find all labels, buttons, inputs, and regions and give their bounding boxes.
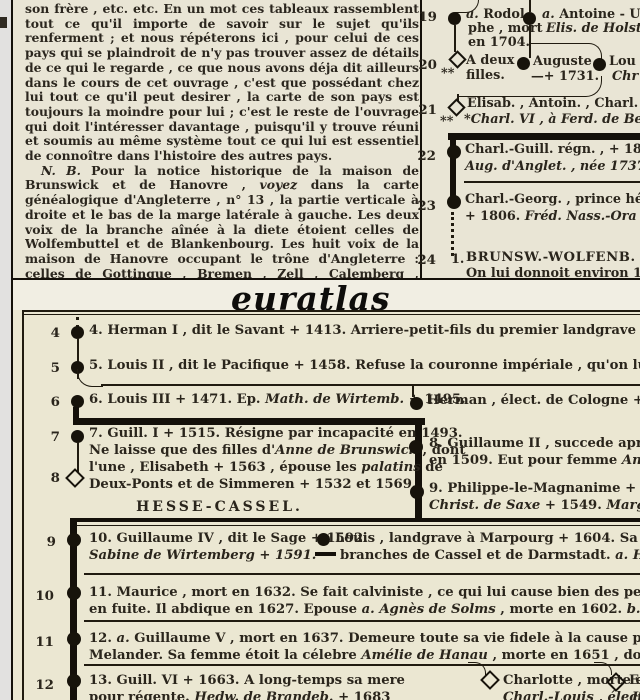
vote-number-23: 23 xyxy=(406,198,436,214)
gen-9-line2: Christ. de Saxe + 1549. Marg xyxy=(429,498,640,514)
generation-separator xyxy=(101,384,640,386)
row-12-col3-line1: En xyxy=(629,673,640,689)
marriage-stars: ** xyxy=(441,66,454,82)
row-10-line2: en fuite. Il abdique en 1627. Epouse a. … xyxy=(89,602,640,618)
entry-text: Charl. VI , à Ferd. de Beve xyxy=(471,112,640,127)
descent-node-10 xyxy=(67,586,81,600)
gen-8-line2: en 1509. Eut pour femme Ann xyxy=(429,453,640,469)
table-top-rule-inner xyxy=(22,314,640,316)
descent-node-12 xyxy=(67,674,81,688)
vote-number-6: 6 xyxy=(30,394,60,410)
row-9-right-line2: branches de Cassel et de Darmstadt. a. H… xyxy=(340,548,640,564)
descent-node-19 xyxy=(448,12,461,25)
marriage-star: * xyxy=(464,112,471,127)
entry-text: + 1549. xyxy=(540,498,606,513)
spouse-name: Anne de Brunswick xyxy=(275,443,418,458)
descent-node-louis xyxy=(593,58,606,71)
vote-number-11: 11 xyxy=(24,634,54,650)
branch-dash xyxy=(315,552,336,556)
descent-line xyxy=(454,25,456,52)
descent-node-g9 xyxy=(410,485,424,499)
generation-separator xyxy=(84,573,640,575)
nb-text-2: dans la carte généalogique d'Angleterre … xyxy=(25,177,419,278)
intro-paragraph-text: son frère , etc. etc. En un mot ces tabl… xyxy=(25,2,419,163)
entry-20-line1: A deux xyxy=(466,53,514,69)
entry-text: Melander. Sa femme étoit la célebre xyxy=(89,648,361,663)
row-7-line4: Deux-Ponts et de Simmeren + 1532 et 1569… xyxy=(89,477,417,493)
entry-22-line1: Charl.-Guill. régn. , + 1806 xyxy=(465,142,640,158)
entry-auguste-line1: Auguste xyxy=(533,54,592,70)
entry-louis-line2: Chr xyxy=(612,69,638,85)
descent-line xyxy=(77,442,79,472)
vote-number-5: 5 xyxy=(30,360,60,376)
entry-21-line1: Elisab. , Antoin. , Charl. M xyxy=(467,96,640,112)
entry-24-line1: BRUNSW.-WOLFENB. . xyxy=(466,250,640,266)
vote-number-4: 4 xyxy=(30,325,60,341)
entry-23-line2: + 1806. Fréd. Nass.-Ora xyxy=(465,209,637,225)
table-top-rule-outer xyxy=(22,310,640,312)
vote-number-12: 12 xyxy=(24,677,54,693)
spouse-name: Fréd. Nass.-Ora xyxy=(525,209,637,224)
vote-number-20: 20 xyxy=(407,57,437,73)
entry-21-line2: *Charl. VI , à Ferd. de Beve xyxy=(464,112,640,128)
marriage-letter: a. xyxy=(542,7,559,22)
entry-text: Ne laisse que des filles d' xyxy=(89,443,275,458)
entry-22-line2: Aug. d'Anglet. , née 1737 xyxy=(465,159,640,175)
intro-text-block: son frère , etc. etc. En un mot ces tabl… xyxy=(25,2,419,278)
entry-text: Guillaume V , mort en 1637. Demeure tout… xyxy=(130,631,640,646)
entry-text: + 1806. xyxy=(465,209,525,224)
entry-louis-line1: Lou xyxy=(609,54,636,70)
vote-number-7: 7 xyxy=(30,429,60,445)
spouse-name: a. Hedwi xyxy=(615,548,640,563)
row-12-line1: 13. Guill. VI + 1663. A long-temps sa me… xyxy=(89,673,405,689)
row-11-line1: 12. a. Guillaume V , mort en 1637. Demeu… xyxy=(89,631,640,647)
marriage-letter: a. xyxy=(466,7,483,22)
entry-24-line2: On lui donnoit environ 1 xyxy=(466,266,640,282)
marriage-letter: a. xyxy=(117,631,130,646)
watermark: euratlas xyxy=(231,279,391,318)
descent-bar-horizontal xyxy=(448,133,640,140)
generation-separator xyxy=(84,620,640,622)
descent-node-11 xyxy=(67,632,81,646)
descent-node-9 xyxy=(67,533,81,547)
nb-label: N. B. xyxy=(41,163,81,178)
row-6-text: 6. Louis III + 1471. Ep. Math. de Wirtem… xyxy=(89,392,466,408)
uncertain-descent-dotted-line xyxy=(451,212,454,256)
row-12-line2: pour régente. Hedw. de Brandeb. + 1683 xyxy=(89,690,390,700)
vote-number-19: 19 xyxy=(407,9,437,25)
vote-number-9: 9 xyxy=(26,534,56,550)
vote-number-8: 8 xyxy=(30,470,60,486)
vote-number-24: 24 xyxy=(406,252,436,268)
spouse-name: Math. de Wirtemb. xyxy=(265,392,404,407)
vote-number-10: 10 xyxy=(24,588,54,604)
nb-paragraph: N. B. Pour la notice historique de la ma… xyxy=(25,164,419,278)
scanned-atlas-page: son frère , etc. etc. En un mot ces tabl… xyxy=(0,0,640,700)
row-11-line2: Melander. Sa femme étoit la célebre Amél… xyxy=(89,648,640,664)
spouse-name: Amélie de Hanau xyxy=(361,648,488,663)
row-6-right-text: Herman , élect. de Cologne + 150 xyxy=(427,393,640,409)
entry-22-underline xyxy=(464,181,640,183)
entry-text: l'une , Elisabeth + 1563 , épouse les xyxy=(89,460,361,475)
spouse-name: Christ. de Saxe xyxy=(429,498,540,513)
section-left-bar xyxy=(70,520,77,700)
entry-text: pour régente. xyxy=(89,690,194,700)
descent-line xyxy=(77,338,79,362)
descent-node-19b xyxy=(523,12,536,25)
descent-node-23 xyxy=(447,195,461,209)
row-12-col3-line2: H xyxy=(632,690,640,700)
entry-text: 12. xyxy=(89,631,117,646)
spouse-name: a. Agnès de Solms xyxy=(362,602,496,617)
title-word: palatins xyxy=(361,460,420,475)
descent-node-herman xyxy=(410,397,423,410)
page-left-border xyxy=(11,0,13,700)
entry-text: en fuite. Il abdique en 1627. Epouse xyxy=(89,602,362,617)
row-9-line2: Sabine de Wirtemberg + 1591. xyxy=(89,548,316,564)
margin-mark xyxy=(0,17,7,28)
vote-number-22: 22 xyxy=(406,148,436,164)
spouse-name: Marg xyxy=(606,498,640,513)
row-4-text: 4. Herman I , dit le Savant + 1413. Arri… xyxy=(89,323,640,339)
vote-number-21: 21 xyxy=(407,102,437,118)
nb-voyez: voyez xyxy=(260,177,298,192)
descent-node-louis-marpourg xyxy=(317,533,330,546)
entry-19b-line2: Elis. de Holst.- xyxy=(546,21,640,37)
entry-text: branches de Cassel et de Darmstadt. xyxy=(340,548,615,563)
section-top-bar xyxy=(70,518,640,522)
spouse-name: Hedw. de Brandeb. xyxy=(194,690,333,700)
descent-node-g8 xyxy=(409,440,423,454)
row-10-line1: 11. Maurice , mort en 1632. Se fait calv… xyxy=(89,585,640,601)
entry-text: Antoine - U xyxy=(559,7,640,22)
page-margin xyxy=(0,0,11,700)
descent-node-auguste xyxy=(517,57,530,70)
descent-bar-horizontal xyxy=(73,418,425,425)
entry-text: en 1509. Eut pour femme xyxy=(429,453,622,468)
entry-text: , morte en 1651 , dont il xyxy=(488,648,640,663)
row-7-line3: l'une , Elisabeth + 1563 , épouse les pa… xyxy=(89,460,443,476)
entry-text: , morte en 1602. xyxy=(496,602,627,617)
row-9-right-line1: Louis , landgrave à Marpourg + 1604. Sa … xyxy=(335,531,640,547)
generation-separator xyxy=(84,664,640,666)
entry-text: 6. Louis III + 1471. Ep. xyxy=(89,392,265,407)
entry-24-index: 1. xyxy=(451,252,464,268)
entry-23-line1: Charl.-Georg. , prince héré xyxy=(465,192,640,208)
spouse-name: Ann xyxy=(622,453,640,468)
row-12-col2-line2: Charl.-Louis , élect. palat. + 1680. xyxy=(503,690,640,700)
intro-paragraph: son frère , etc. etc. En un mot ces tabl… xyxy=(25,2,419,164)
gen-8-line1: 8. Guillaume II , succede après xyxy=(429,436,640,452)
section-title-hesse-cassel: HESSE-CASSEL. xyxy=(92,499,347,515)
entry-text: + 1683 xyxy=(334,690,391,700)
marriage-stars: ** xyxy=(440,114,453,130)
section-top-rule xyxy=(70,525,640,527)
entry-19-line3: en 1704. xyxy=(468,35,530,51)
gen-9-line1: 9. Philippe-le-Magnanime + 15 xyxy=(429,481,640,497)
spouse-name: b. Julia xyxy=(627,602,640,617)
row-7-line1: 7. Guill. I + 1515. Résigne par incapaci… xyxy=(89,426,463,442)
column-divider xyxy=(420,0,422,279)
row-5-text: 5. Louis II , dit le Pacifique + 1458. R… xyxy=(89,358,640,374)
descent-node-22 xyxy=(447,145,461,159)
branch-bracket xyxy=(457,76,602,97)
